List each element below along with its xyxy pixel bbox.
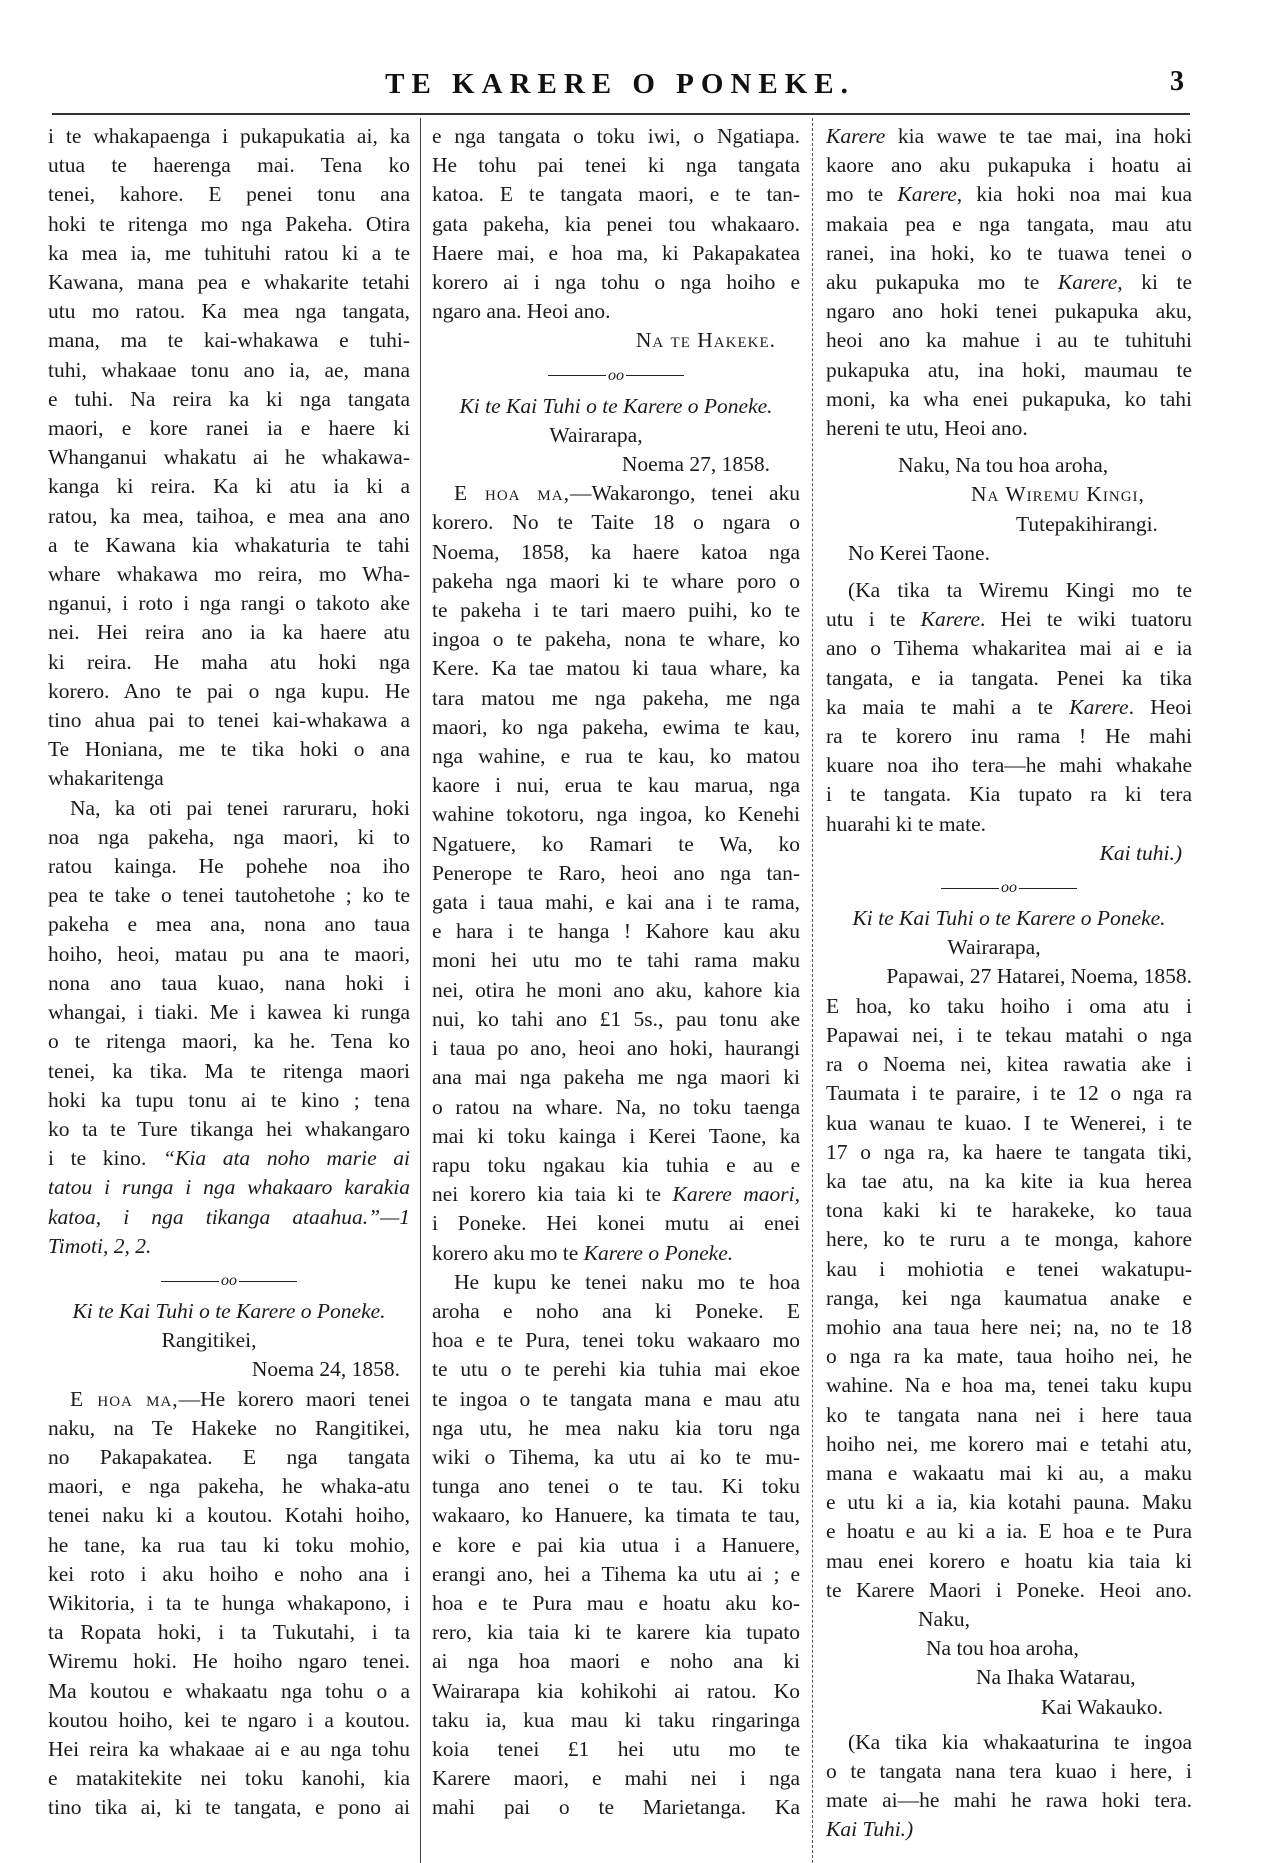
text-line: ngaro ano hoki tenei pukapuka aku,	[826, 297, 1192, 326]
text-line: mana, ma te kai-whakawa e tuhi-	[48, 326, 410, 355]
text-line: Noema, 1858, ka haere katoa nga	[432, 538, 800, 567]
text-line: Wairarapa kia kohikohi ai ratou. Ko	[432, 1677, 800, 1706]
text-line: (Ka tika kia whakaaturina te ingoa	[826, 1728, 1192, 1757]
text-line: ka tae atu, na ka kite ia kua herea	[826, 1167, 1192, 1196]
letter-heading: Ki te Kai Tuhi o te Karere o Poneke.	[432, 392, 800, 421]
text-line: mo te	[826, 182, 883, 206]
newspaper-name: Karere maori,	[673, 1182, 800, 1206]
scripture-quote: “Kia ata noho marie ai	[163, 1146, 410, 1170]
text-line: hoiho nei, me korero mai e tetahi atu,	[826, 1430, 1192, 1459]
letter-heading: Ki te Kai Tuhi o te Karere o Poneke.	[826, 904, 1192, 933]
article-continuation: i te whakapaenga i pukapukatia ai, ka ut…	[48, 122, 410, 1261]
letter-salutation: E hoa ma,	[454, 481, 570, 505]
text-line: i te whakapaenga i pukapukatia ai, ka	[48, 122, 410, 151]
text-line: e hara i te hanga ! Kahore kau aku	[432, 917, 800, 946]
text-line: . Hei te wiki tuatoru	[980, 607, 1192, 631]
text-line: —Wakarongo, tenei aku	[570, 481, 800, 505]
text-line: taku ia, kua mau ki taku ringaringa	[432, 1706, 800, 1735]
newspaper-name: Karere	[1069, 695, 1128, 719]
text-line: o ratou na whare. Na, no toku taenga	[432, 1093, 800, 1122]
letter-salutation: E hoa ma,	[70, 1387, 179, 1411]
text-line: ra o Noema nei, kitea rawatia ake i	[826, 1050, 1192, 1079]
letter-rangitikei: Ki te Kai Tuhi o te Karere o Poneke. Ran…	[48, 1297, 410, 1823]
text-line: maori, e nga pakeha, he whaka-atu	[48, 1472, 410, 1501]
text-line: mana e wakaatu mai ki au, a maku	[826, 1459, 1192, 1488]
text-line: mahi pai o te Marietanga. Ka	[432, 1793, 800, 1822]
text-line: He kupu ke tenei naku mo te hoa	[432, 1268, 800, 1297]
column-1: i te whakapaenga i pukapukatia ai, ka ut…	[48, 122, 410, 1863]
text-line: aroha e noho ana ki Poneke. E	[432, 1297, 800, 1326]
text-line: pakeha nga maori ki te whare poro o	[432, 567, 800, 596]
text-line: kei roto i aku hoiho e noho ana i	[48, 1560, 410, 1589]
text-line: wakaaro, ko Hanuere, ka timata te tau,	[432, 1501, 800, 1530]
text-line: Papawai nei, i te tekau matahi o nga	[826, 1021, 1192, 1050]
text-line: te ingoa o te tangata mana e mau atu	[432, 1385, 800, 1414]
text-line: mohio ana taua here nei; na, no te 18	[826, 1313, 1192, 1342]
text-line: tino ahua pai to tenei kai-whakawa a	[48, 706, 410, 735]
text-line: Te Honiana, me te tika hoki o ana	[48, 735, 410, 764]
text-line: . Heoi	[1129, 695, 1192, 719]
text-line: maori, ko nga pakeha, ewima te kau,	[432, 713, 800, 742]
text-line: moni hei utu mo te tahi rama maku	[432, 946, 800, 975]
text-line: ranei, ina hoki, ko te tuawa tenei o	[826, 239, 1192, 268]
text-line: here, ko te ruru a te monga, kahore	[826, 1225, 1192, 1254]
text-line: Taumata i te paraire, i te 12 o nga ra	[826, 1079, 1192, 1108]
text-line: naku, na Te Hakeke no Rangitikei,	[48, 1414, 410, 1443]
text-line: hoki ka tupu tonu ai te kino ; tena	[48, 1086, 410, 1115]
text-line: i te kino.	[48, 1146, 146, 1170]
text-line: erangi ano, hei a Tihema ka utu ai ; e	[432, 1560, 800, 1589]
masthead: TE KARERE O PONEKE. 3	[50, 60, 1190, 110]
text-line: 17 o nga ra, ka haere te tangata tiki,	[826, 1138, 1192, 1167]
text-line: whakaritenga	[48, 764, 410, 793]
scripture-quote: katoa, i nga tikanga ataahua.”—1	[48, 1203, 410, 1232]
text-line: e tuhi. Na reira ka ki nga tangata	[48, 385, 410, 414]
text-line: pea te take o tenei tautohetohe ; ko te	[48, 881, 410, 910]
text-line: wiki o Tihema, ka utu ai ko te mu-	[432, 1443, 800, 1472]
text-line: hoa e te Pura, tenei toku wakaaro mo	[432, 1326, 800, 1355]
text-line: te pakeha i te tari maero puihi, ko te	[432, 596, 800, 625]
letter-signature: Na Wiremu Kingi,	[826, 480, 1192, 509]
letter-signature: Na Ihaka Watarau,	[826, 1663, 1192, 1692]
text-line: moni, ka wha enei pukapuka, ko tahi	[826, 385, 1192, 414]
text-line: maori, e kore ranei ia e haere ki	[48, 414, 410, 443]
text-line: E hoa, ko taku hoiho i oma atu i	[826, 992, 1192, 1021]
column-divider-1	[420, 118, 421, 1863]
text-line: Kere. Ka tae matou ki taua whare, ka	[432, 654, 800, 683]
text-line: te utu o te perehi kia tuhia mai ekoe	[432, 1355, 800, 1384]
text-line: nga wahine, e rua te kau, ko matou	[432, 742, 800, 771]
text-line: Whanganui whakatu ai he whakawa-	[48, 443, 410, 472]
text-line: ka mea ia, me tuhituhi ratou ki a te	[48, 239, 410, 268]
text-line: gata i taua mahi, e kai ana i te rama,	[432, 888, 800, 917]
text-line: Haere mai, e hoa ma, ki Pakapakatea	[432, 239, 800, 268]
text-line: koutou hoiho, kei te ngaro i a koutou.	[48, 1706, 410, 1735]
editor-signature: Kai tuhi.)	[826, 839, 1192, 868]
text-line: he tane, ka rua tau ki toku mohio,	[48, 1531, 410, 1560]
text-line: utu mo ratou. Ka mea nga tangata,	[48, 297, 410, 326]
text-line: e matakitekite nei toku kanohi, kia	[48, 1764, 410, 1793]
text-line: nei korero kia taia ki te	[432, 1182, 661, 1206]
text-line: Na, ka oti pai tenei raruraru, hoki	[48, 794, 410, 823]
text-line: hoa e te Pura mau e hoatu aku ko-	[432, 1589, 800, 1618]
text-line: tara matou me nga pakeha, me nga	[432, 684, 800, 713]
text-line: rero, kia taia ki te karere kia tupato	[432, 1618, 800, 1647]
text-line: hereni te utu, Heoi ano.	[826, 414, 1192, 443]
text-line: —He korero maori tenei	[179, 1387, 410, 1411]
letter-date: Papawai, 27 Hatarei, Noema, 1858.	[826, 962, 1192, 991]
scripture-quote: tatou i runga i nga whakaaro karakia	[48, 1173, 410, 1202]
letter-place: Rangitikei,	[48, 1326, 410, 1355]
text-line: Wikitoria, i ta te hunga whakapono, i	[48, 1589, 410, 1618]
text-line: hoki te ritenga mo nga Pakeha. Otira	[48, 210, 410, 239]
text-line: ratou, ka mea, taihoa, e mea ana ano	[48, 502, 410, 531]
text-line: He tohu pai tenei ki nga tangata	[432, 151, 800, 180]
text-line: ranga, kei nga kaumatua anake e	[826, 1284, 1192, 1313]
text-line: katoa. E te tangata maori, e te tan-	[432, 180, 800, 209]
page-number: 3	[1170, 66, 1184, 98]
text-line: ngaro ana. Heoi ano.	[432, 297, 800, 326]
text-line: Hei reira ka whakaae ai e au nga tohu	[48, 1735, 410, 1764]
text-line: ano o Tihema whakaritea mai ai e ia	[826, 634, 1192, 663]
newspaper-title: TE KARERE O PONEKE.	[50, 68, 1190, 101]
text-line: mau enei korero e hoatu kia taia ki	[826, 1547, 1192, 1576]
text-line: (Ka tika ta Wiremu Kingi mo te	[826, 576, 1192, 605]
newspaper-name: Karere	[921, 607, 980, 631]
letter-place: Wairarapa,	[432, 421, 800, 450]
text-line: ingoa o te pakeha, nona te whare, ko	[432, 625, 800, 654]
text-line: nui, ko tahi ano £1 5s., pau tonu ake	[432, 1005, 800, 1034]
text-line: hoiho, heoi, matau pu ana te maori,	[48, 940, 410, 969]
text-line: a te Kawana kia whakaturia te tahi	[48, 531, 410, 560]
text-line: ana mai nga pakeha me nga maori ki	[432, 1063, 800, 1092]
text-line: Wiremu hoki. He hoiho ngaro tenei.	[48, 1647, 410, 1676]
column-2: e nga tangata o toku iwi, o Ngatiapa. He…	[432, 122, 800, 1863]
text-line: nona ano taua kuao, nana hoki i	[48, 969, 410, 998]
text-line: tenei naku ki a koutou. Kotahi hoiho,	[48, 1501, 410, 1530]
column-3: Karere kia wawe te tae mai, ina hoki kao…	[826, 122, 1192, 1863]
section-separator: oo	[826, 878, 1192, 898]
text-line: o nga ra ka mate, taua hoiho nei, he	[826, 1342, 1192, 1371]
letter-date: Noema 24, 1858.	[48, 1355, 410, 1384]
text-line: ko ta te Ture tikanga hei whakangaro	[48, 1115, 410, 1144]
text-line: gata pakeha, kia penei tou whakaaro.	[432, 210, 800, 239]
text-line: Karere maori, e mahi nei i nga	[432, 1764, 800, 1793]
text-line: kaore ano aku pukapuka i hoatu ai	[826, 151, 1192, 180]
text-line: ka maia te mahi a te	[826, 695, 1053, 719]
scripture-reference: Timoti, 2, 2.	[48, 1232, 410, 1261]
header-rule	[52, 113, 1190, 115]
text-line: tenei, kahore. E penei tonu ana	[48, 180, 410, 209]
text-line: mai ki toku kainga i Kerei Taone, ka	[432, 1122, 800, 1151]
editor-note-2: (Ka tika kia whakaaturina te ingoa o te …	[826, 1728, 1192, 1845]
letter-origin: No Kerei Taone.	[826, 539, 1192, 568]
signature-title: Kai Wakauko.	[826, 1693, 1192, 1722]
text-line: utu i te	[826, 607, 905, 631]
letter-rangitikei-continued: e nga tangata o toku iwi, o Ngatiapa. He…	[432, 122, 800, 356]
text-line: Ngatuere, ko Ramari te Wa, ko	[432, 830, 800, 859]
text-line: e kore e pai kia utua i a Hanuere,	[432, 1531, 800, 1560]
text-line: rapu toku ngakau kia tuhia e au e	[432, 1151, 800, 1180]
text-line: kanga ki reira. Ka ki atu ia ki a	[48, 472, 410, 501]
text-line: wahine. Na e hoa ma, tenei taku kupu	[826, 1371, 1192, 1400]
text-line: wahine tokotoru, nga ingoa, ko Kenehi	[432, 800, 800, 829]
text-line: makaia pea e nga tangata, mau atu	[826, 210, 1192, 239]
text-line: Kawana, mana pea e whakarite tetahi	[48, 268, 410, 297]
text-line: tuhi, whakaae tonu ano ia, ae, mana	[48, 356, 410, 385]
text-line: e nga tangata o toku iwi, o Ngatiapa.	[432, 122, 800, 151]
letter-heading: Ki te Kai Tuhi o te Karere o Poneke.	[48, 1297, 410, 1326]
newspaper-name: Karere	[897, 182, 956, 206]
letter-kerei-taone-continued: Karere kia wawe te tae mai, ina hoki kao…	[826, 122, 1192, 568]
text-line: tona kaki ki te harakeke, ko taua	[826, 1196, 1192, 1225]
newspaper-name: Karere	[1058, 270, 1117, 294]
newspaper-name: Karere o Poneke.	[584, 1241, 733, 1265]
text-line: te Karere Maori i Poneke. Heoi ano.	[826, 1576, 1192, 1605]
text-line: pakeha e mea ana, nona ano taua	[48, 910, 410, 939]
text-line: Ma koutou e whakaatu nga tohu o a	[48, 1677, 410, 1706]
editor-note-1: (Ka tika ta Wiremu Kingi mo te utu i te …	[826, 576, 1192, 868]
text-line: ki reira. He maha atu hoki nga	[48, 648, 410, 677]
letter-wairarapa: Ki te Kai Tuhi o te Karere o Poneke. Wai…	[432, 392, 800, 1823]
text-line: whangai, i tiaki. Me i kawea ki runga	[48, 998, 410, 1027]
text-line: ai nga hoa maori e noho ana ki	[432, 1647, 800, 1676]
text-line: o te ritenga maori, ka he. Tena ko	[48, 1027, 410, 1056]
text-line: korero. No te Taite 18 o ngara o	[432, 508, 800, 537]
text-line: no Pakapakatea. E nga tangata	[48, 1443, 410, 1472]
text-line: Penerope te Raro, heoi ano nga tan-	[432, 859, 800, 888]
text-line: mate ai—he mahi he rawa hoki tera.	[826, 1786, 1192, 1815]
text-line: ra te korero inu rama ! He mahi	[826, 722, 1192, 751]
text-line: e hoatu e au ki a ia. E hoa e te Pura	[826, 1517, 1192, 1546]
text-line: ta Ropata hoki, i ta Tukutahi, i ta	[48, 1618, 410, 1647]
text-line: kau i mohiotia e tenei wakatupu-	[826, 1255, 1192, 1284]
text-line: , kia hoki noa mai kua	[957, 182, 1192, 206]
text-line: , ki te	[1117, 270, 1192, 294]
text-line: i te tangata. Kia tupato ra ki tera	[826, 780, 1192, 809]
signoff-line: Na tou hoa aroha,	[826, 1634, 1192, 1663]
newspaper-name: Karere	[826, 124, 885, 148]
section-separator: oo	[48, 1271, 410, 1291]
text-line: pukapuka atu, ina hoki, maumau te	[826, 356, 1192, 385]
text-line: korero ai i nga tohu o nga hoiho e	[432, 268, 800, 297]
editor-signature: Kai Tuhi.)	[826, 1815, 1192, 1844]
text-line: nganui, i roto i nga rangi o takoto ake	[48, 589, 410, 618]
text-line: kuare noa iho tera—he mahi whakahe	[826, 751, 1192, 780]
text-line: noa nga pakeha, nga maori, ki to	[48, 823, 410, 852]
letter-papawai: Ki te Kai Tuhi o te Karere o Poneke. Wai…	[826, 904, 1192, 1722]
text-line: whare whakawa mo reira, mo Wha-	[48, 560, 410, 589]
text-line: kaore i nui, erua te kau marua, nga	[432, 771, 800, 800]
text-line: nga utu, he mea naku kia toru nga	[432, 1414, 800, 1443]
letter-signature: Na te Hakeke.	[432, 326, 800, 355]
text-line: ko te tangata nana nei i here taua	[826, 1401, 1192, 1430]
text-line: koia tenei £1 hei utu mo te	[432, 1735, 800, 1764]
text-line: kua wanau te kuao. I te Wenerei, i te	[826, 1109, 1192, 1138]
column-divider-2	[812, 118, 813, 1863]
text-line: o te tangata nana tera kuao i here, i	[826, 1757, 1192, 1786]
text-line: nei, otira he moni ano aku, kahore kia	[432, 976, 800, 1005]
text-line: tunga ano tenei o te tau. Ki toku	[432, 1472, 800, 1501]
section-separator: oo	[432, 366, 800, 386]
text-line: aku pukapuka mo te	[826, 270, 1039, 294]
text-line: e utu ki a ia, kia kotahi pauna. Maku	[826, 1488, 1192, 1517]
text-line: ratou kainga. He pohehe noa iho	[48, 852, 410, 881]
text-line: i taua po ano, heoi ano hoki, haurangi	[432, 1034, 800, 1063]
text-line: korero aku mo te	[432, 1241, 578, 1265]
signature-place: Tutepakihirangi.	[826, 510, 1192, 539]
letter-date: Noema 27, 1858.	[432, 450, 800, 479]
text-line: utua te haerenga mai. Tena ko	[48, 151, 410, 180]
text-line: nei. Hei reira ano ia ka haere atu	[48, 618, 410, 647]
text-line: huarahi ki te mate.	[826, 810, 1192, 839]
text-line: korero. Ano te pai o nga kupu. He	[48, 677, 410, 706]
signoff-line: Naku, Na tou hoa aroha,	[826, 451, 1192, 480]
letter-place: Wairarapa,	[826, 933, 1192, 962]
text-line: tino tika ai, ki te tangata, e pono ai	[48, 1793, 410, 1822]
text-line: heoi ano ka mahue i au te tuhituhi	[826, 326, 1192, 355]
text-line: tangata, e ia tangata. Penei ka tika	[826, 664, 1192, 693]
text-line: kia wawe te tae mai, ina hoki	[898, 124, 1192, 148]
signoff-line: Naku,	[826, 1605, 1192, 1634]
text-line: i Poneke. Hei konei mutu ai enei	[432, 1209, 800, 1238]
text-line: tenei, ka tika. Ma te ritenga maori	[48, 1057, 410, 1086]
